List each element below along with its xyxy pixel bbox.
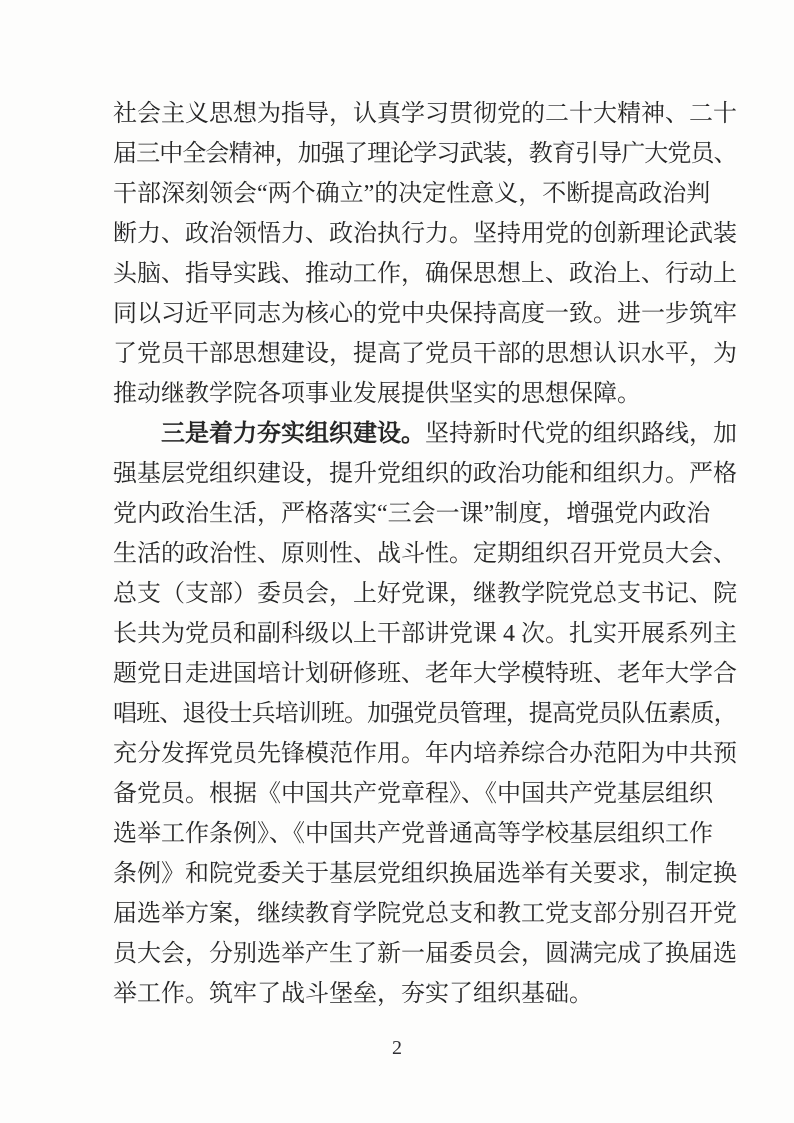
- text-line: 社会主义思想为指导，认真学习贯彻党的二十大精神、二十: [113, 94, 745, 134]
- text-line: 头脑、指导实践、推动工作，确保思想上、政治上、行动上: [113, 254, 745, 294]
- text-line: 断力、政治领悟力、政治执行力。坚持用党的创新理论武装: [113, 214, 745, 254]
- text-line: 党内政治生活，严格落实“三会一课”制度，增强党内政治: [113, 494, 745, 534]
- text-line: 选举工作条例》、《中国共产党普通高等学校基层组织工作: [113, 814, 745, 854]
- text-line: 干部深刻领会“两个确立”的决定性意义，不断提高政治判: [113, 174, 745, 214]
- text-line: 充分发挥党员先锋模范作用。年内培养综合办范阳为中共预: [113, 734, 745, 774]
- text-line: 届选举方案，继续教育学院党总支和教工党支部分别召开党: [113, 894, 745, 934]
- text-line: 总支（支部）委员会，上好党课，继教学院党总支书记、院: [113, 574, 745, 614]
- text-line: 条例》和院党委关于基层党组织换届选举有关要求，制定换: [113, 854, 745, 894]
- text-line: 唱班、退役士兵培训班。加强党员管理，提高党员队伍素质，: [113, 694, 745, 734]
- text-line: 推动继教学院各项事业发展提供坚实的思想保障。: [113, 374, 745, 414]
- text-line: 长共为党员和副科级以上干部讲党课 4 次。扎实开展系列主: [113, 614, 745, 654]
- text-line: 举工作。筑牢了战斗堡垒，夯实了组织基础。: [113, 974, 745, 1014]
- body-text: 社会主义思想为指导，认真学习贯彻党的二十大精神、二十 届三中全会精神，加强了理论…: [113, 94, 745, 1014]
- text-line: 备党员。根据《中国共产党章程》、《中国共产党基层组织: [113, 774, 745, 814]
- text-line: 员大会，分别选举产生了新一届委员会，圆满完成了换届选: [113, 934, 745, 974]
- text-line: 强基层党组织建设，提升党组织的政治功能和组织力。严格: [113, 454, 745, 494]
- text-line: 届三中全会精神，加强了理论学习武装，教育引导广大党员、: [113, 134, 745, 174]
- text-line: 生活的政治性、原则性、战斗性。定期组织召开党员大会、: [113, 534, 745, 574]
- text-line: 了党员干部思想建设，提高了党员干部的思想认识水平，为: [113, 334, 745, 374]
- page-number: 2: [0, 1036, 794, 1060]
- text-line: 同以习近平同志为核心的党中央保持高度一致。进一步筑牢: [113, 294, 745, 334]
- text-line-rest: 坚持新时代党的组织路线，加: [425, 421, 737, 447]
- bold-paragraph-lead: 三是着力夯实组织建设。: [161, 421, 425, 447]
- text-line: 题党日走进国培计划研修班、老年大学模特班、老年大学合: [113, 654, 745, 694]
- paragraph-start-line: 三是着力夯实组织建设。坚持新时代党的组织路线，加: [113, 414, 745, 454]
- scanned-document-page: 社会主义思想为指导，认真学习贯彻党的二十大精神、二十 届三中全会精神，加强了理论…: [0, 0, 794, 1123]
